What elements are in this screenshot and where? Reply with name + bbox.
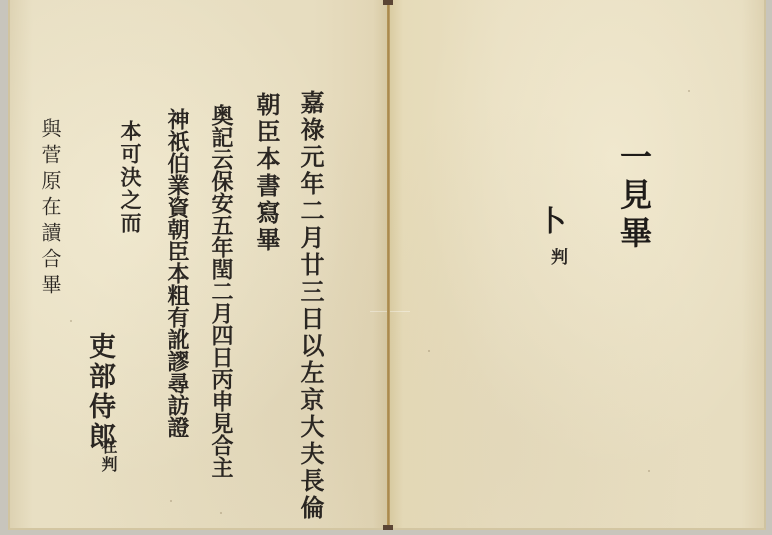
colophon-column-5: 本可決之而 [120,120,141,235]
binding-gutter [387,0,390,530]
signature-mark: 在判 [100,438,116,474]
paper-speck [648,470,650,472]
paper-speck [688,90,690,92]
book-spread: 嘉祿元年二月廿三日以左京大夫長倫 朝臣本書寫畢 奥記云保安五年閏二月四日丙申見合… [0,0,772,535]
signature-title: 吏部侍郎 [86,332,113,452]
signature-mark-right: 判 [548,248,565,265]
colophon-column-3: 奥記云保安五年閏二月四日丙申見合主 [210,104,232,478]
reading-note: 一見畢 [618,140,650,254]
colophon-column-1: 嘉祿元年二月廿三日以左京大夫長倫 [298,90,322,522]
paper-speck [170,500,172,502]
colophon-column-2: 朝臣本書寫畢 [254,92,278,254]
paper-speck [70,320,72,322]
binding-tab-bottom [383,525,393,530]
collation-note: 與菅原在讀合畢 [40,118,60,300]
signature-char: 卜 [536,206,564,234]
paper-speck [428,350,430,352]
paper-speck [220,512,222,514]
right-page: 一見畢 卜 判 [388,0,766,530]
left-page: 嘉祿元年二月廿三日以左京大夫長倫 朝臣本書寫畢 奥記云保安五年閏二月四日丙申見合… [8,0,388,530]
colophon-column-4: 神祇伯業資朝臣本粗有訛謬尋訪證 [166,108,188,438]
binding-tab-top [383,0,393,5]
fold-crease [370,311,410,312]
